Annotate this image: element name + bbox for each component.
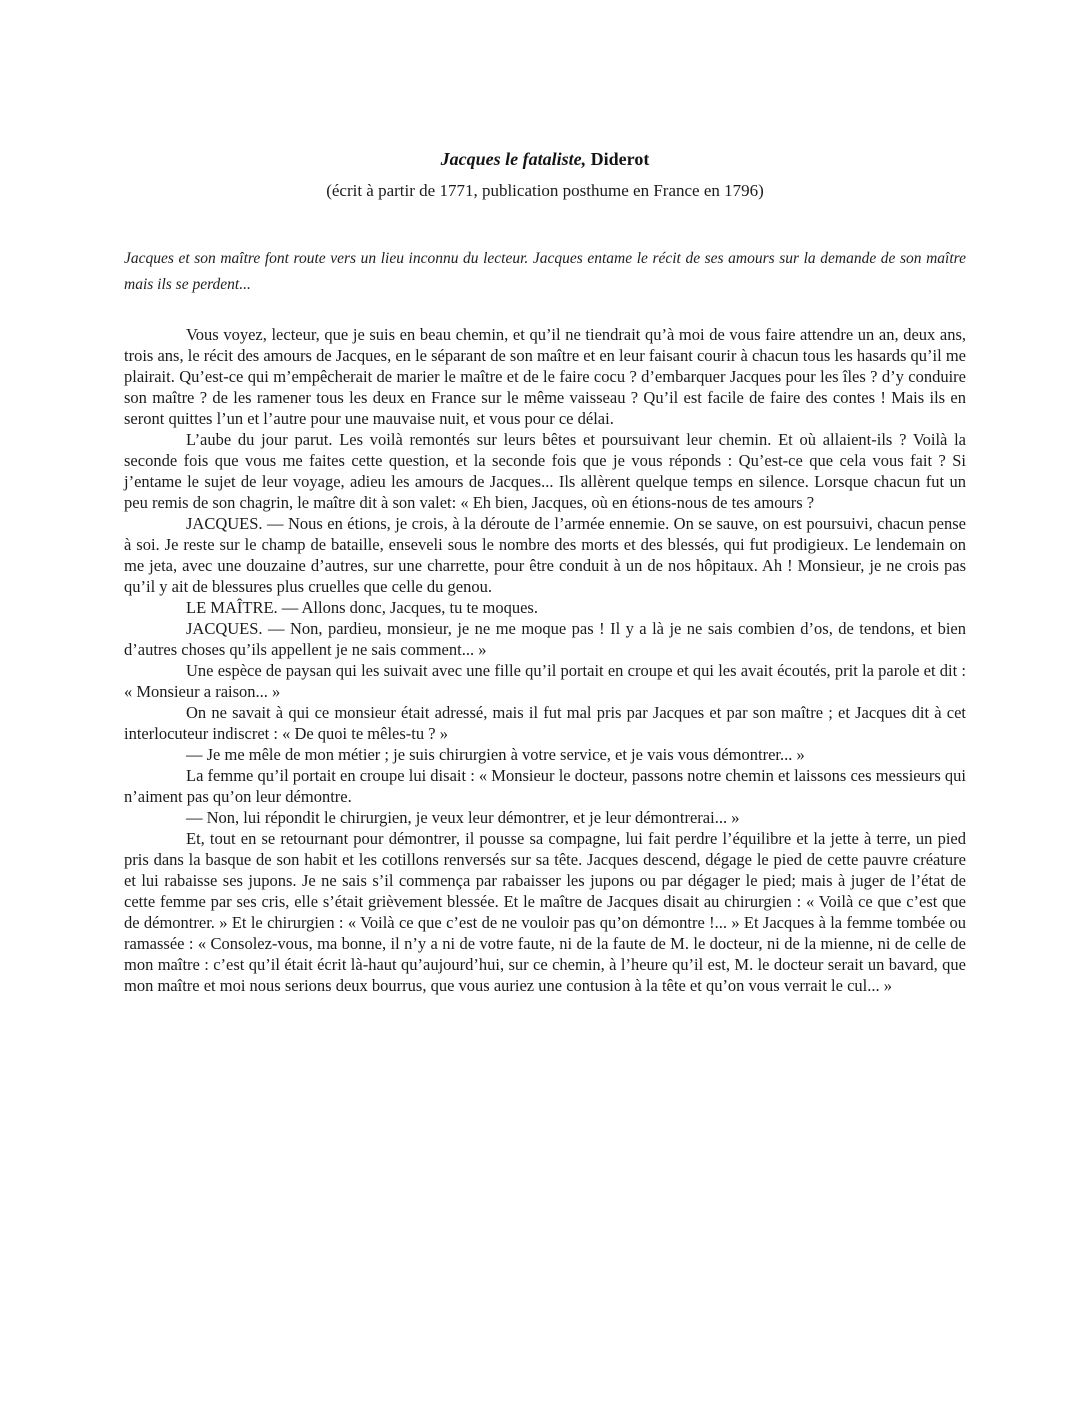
paragraph: On ne savait à qui ce monsieur était adr…	[124, 702, 966, 744]
paragraph: JACQUES. — Non, pardieu, monsieur, je ne…	[124, 618, 966, 660]
paragraph: — Je me mêle de mon métier ; je suis chi…	[124, 744, 966, 765]
paragraph: La femme qu’il portait en croupe lui dis…	[124, 765, 966, 807]
doc-title-author: Diderot	[586, 149, 649, 169]
paragraph: Et, tout en se retournant pour démontrer…	[124, 828, 966, 996]
doc-title-work: Jacques le fataliste,	[441, 149, 586, 169]
paragraph: Vous voyez, lecteur, que je suis en beau…	[124, 324, 966, 429]
paragraph: JACQUES. — Nous en étions, je crois, à l…	[124, 513, 966, 597]
document-body: Vous voyez, lecteur, que je suis en beau…	[124, 324, 966, 996]
paragraph: — Non, lui répondit le chirurgien, je ve…	[124, 807, 966, 828]
doc-subtitle: (écrit à partir de 1771, publication pos…	[124, 180, 966, 202]
lead-summary: Jacques et son maître font route vers un…	[124, 246, 966, 298]
paragraph: LE MAÎTRE. — Allons donc, Jacques, tu te…	[124, 597, 966, 618]
paragraph: Une espèce de paysan qui les suivait ave…	[124, 660, 966, 702]
document-page: Jacques le fataliste, Diderot (écrit à p…	[0, 0, 1088, 1408]
paragraph: L’aube du jour parut. Les voilà remontés…	[124, 429, 966, 513]
doc-title: Jacques le fataliste, Diderot	[124, 148, 966, 170]
